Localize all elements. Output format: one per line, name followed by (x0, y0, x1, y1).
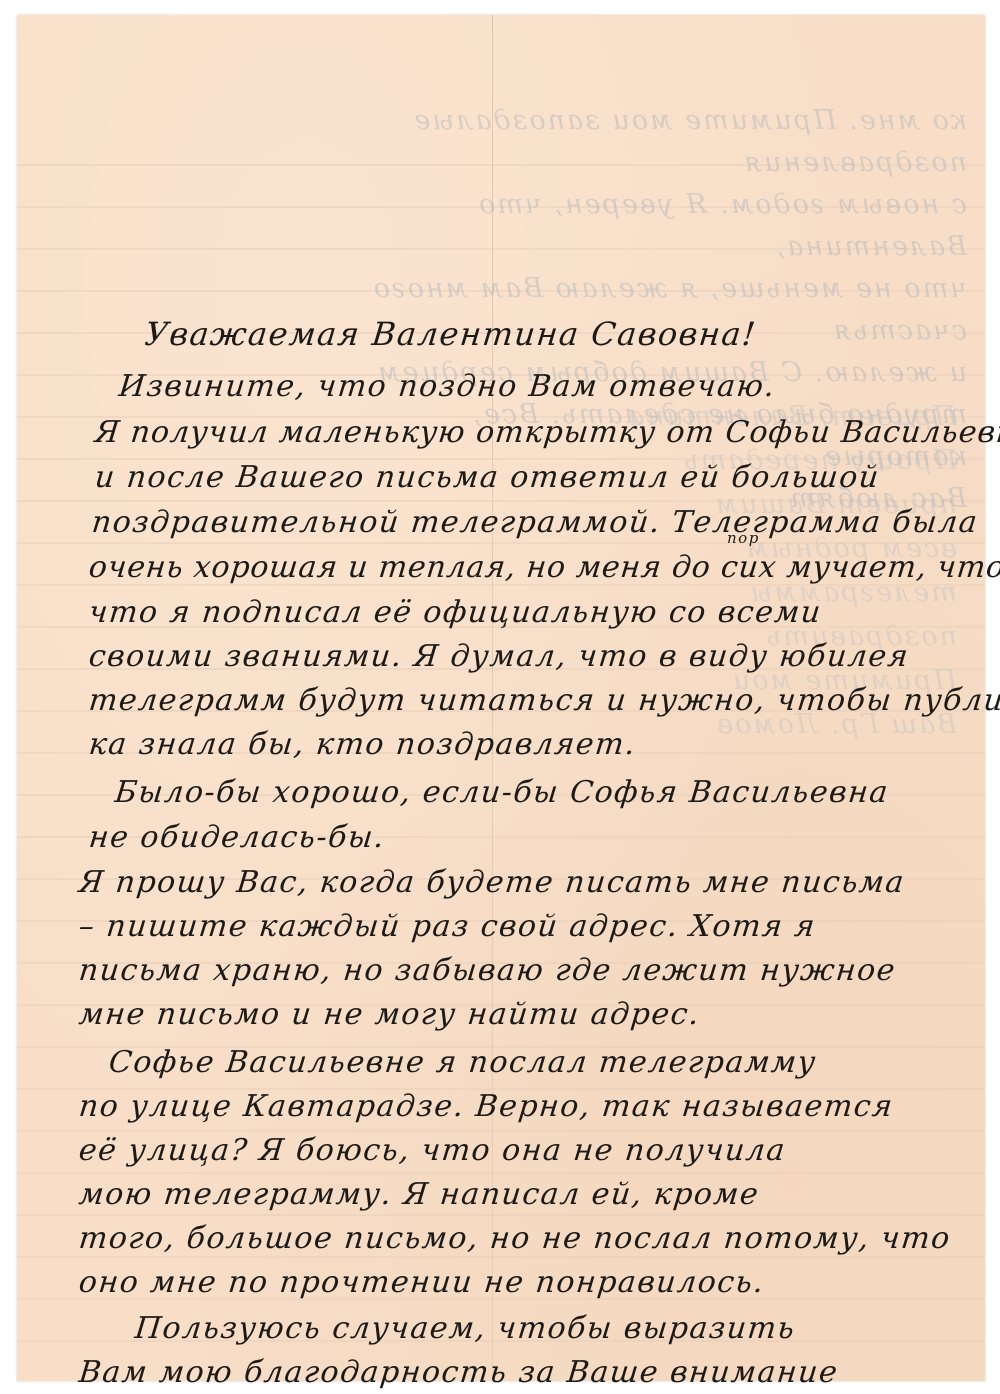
letter-line: мою телеграмму. Я написал ей, кроме (77, 1177, 761, 1212)
letter-line: не обиделась-бы. (87, 820, 387, 855)
letter-line: оно мне по прочтении не понравилось. (77, 1265, 766, 1300)
letter-line: что я подписал её официальную со всеми (87, 595, 823, 630)
letter-line: – пишите каждый раз свой адрес. Хотя я (77, 909, 818, 944)
letter-line: Вам мою благодарность за Ваше внимание (77, 1355, 840, 1390)
letter-line: очень хорошая и теплая, но меня до сих м… (87, 550, 1000, 585)
letter-line: телеграмм будут читаться и нужно, чтобы … (87, 683, 1000, 718)
letter-line: поздравительной телеграммой. Телеграмма … (90, 505, 980, 540)
letter-line: Извините, что поздно Вам отвечаю. (117, 369, 777, 404)
insertion-mark: пор (727, 529, 760, 547)
letter-line: по улице Кавтарадзе. Верно, так называет… (77, 1089, 895, 1124)
letter-line: Пользуюсь случаем, чтобы выразить (133, 1311, 797, 1346)
letter-line: мне письмо и не могу найти адрес. (77, 997, 702, 1032)
letter-line: её улица? Я боюсь, что она не получила (77, 1133, 788, 1168)
letter-line: и после Вашего письма ответил ей большой (93, 460, 881, 495)
letter-line: Было-бы хорошо, если-бы Софья Васильевна (113, 775, 891, 810)
letter-sheet: ко мне. Примите мои запоздалые поздравле… (17, 15, 985, 1381)
letter-line: ка знала бы, кто поздравляет. (87, 727, 638, 762)
letter-line: Софье Васильевне я послал телеграмму (107, 1045, 818, 1080)
letter-line: того, большое письмо, но не послал потом… (77, 1221, 952, 1256)
letter-body: Уважаемая Валентина Савовна! Извините, ч… (17, 15, 985, 1381)
salutation: Уважаемая Валентина Савовна! (143, 315, 759, 353)
letter-line: письма храню, но забываю где лежит нужно… (77, 953, 898, 988)
letter-line: своими званиями. Я думал, что в виду юби… (87, 639, 911, 674)
letter-line: Я получил маленькую открытку от Софьи Ва… (93, 415, 1000, 450)
letter-line: Я прошу Вас, когда будете писать мне пис… (77, 865, 907, 900)
